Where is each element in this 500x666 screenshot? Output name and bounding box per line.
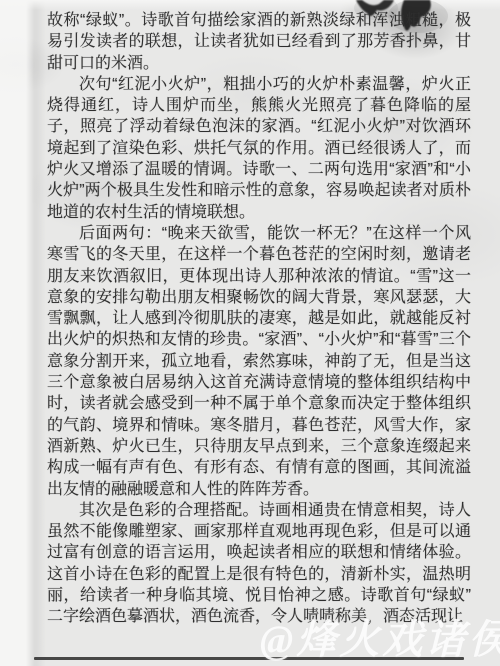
page-bottom-border: [34, 657, 464, 660]
paragraph-4: 其次是色彩的合理搭配。诗画相通贵在情意相契，诗人虽然不能像雕塑家、画家那样直观地…: [47, 500, 471, 628]
article-text: 故称“绿蚁”。诗歌首句描绘家酒的新熟淡绿和浑浊粗糙，极易引发读者的联想，让读者犹…: [47, 10, 471, 628]
paragraph-3: 后面两句：“晚来天欲雪，能饮一杯无？”在这样一个风寒雪飞的冬天里，在这样一个暮色…: [47, 223, 471, 500]
paragraph-1: 故称“绿蚁”。诗歌首句描绘家酒的新熟淡绿和浑浊粗糙，极易引发读者的联想，让读者犹…: [47, 10, 471, 74]
paragraph-2: 次句“红泥小火炉”，粗拙小巧的火炉朴素温馨，炉火正烧得通红，诗人围炉而坐，熊熊火…: [47, 74, 471, 223]
document-page: 故称“绿蚁”。诗歌首句描绘家酒的新熟淡绿和浑浊粗糙，极易引发读者的联想，让读者犹…: [0, 0, 500, 666]
